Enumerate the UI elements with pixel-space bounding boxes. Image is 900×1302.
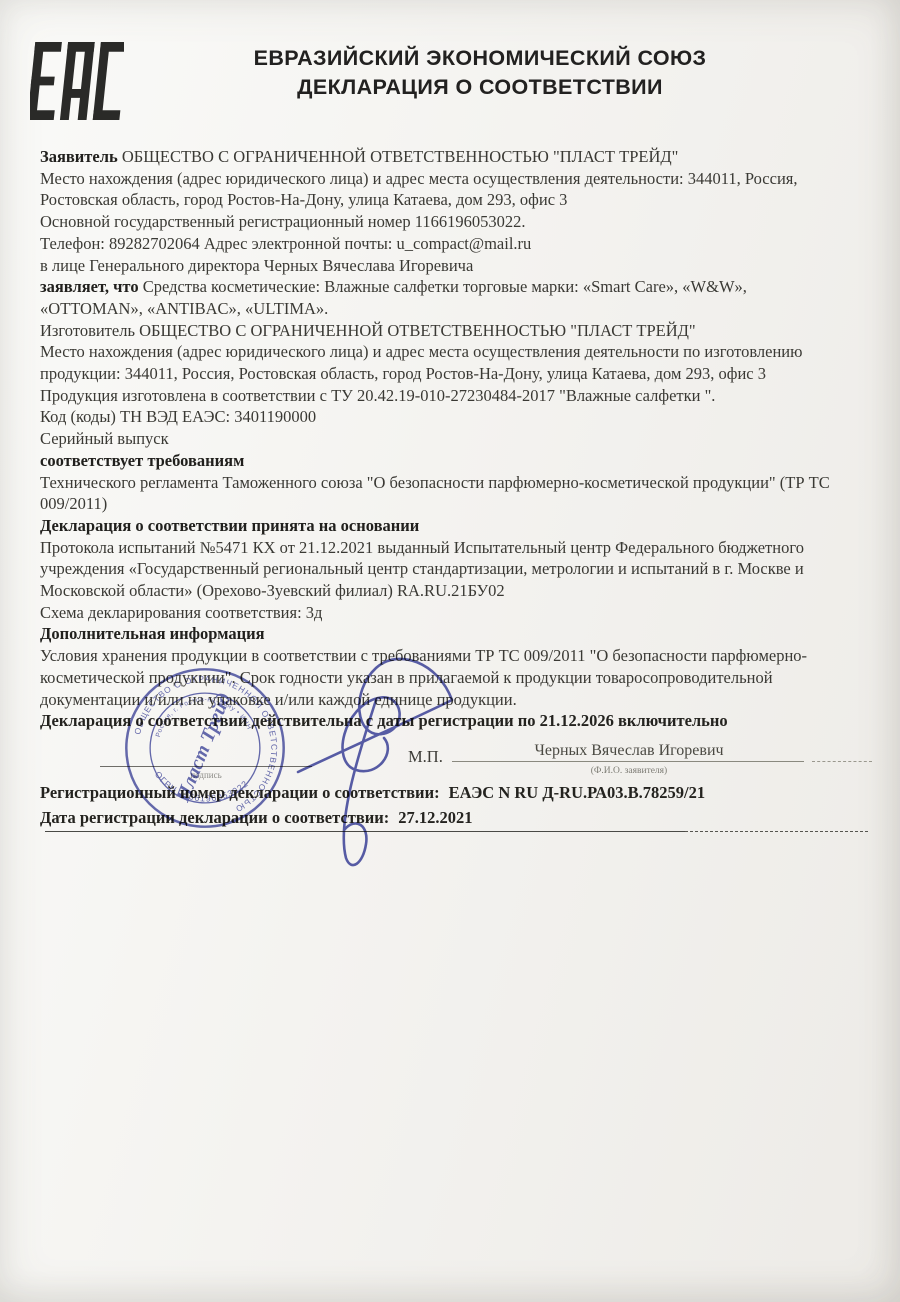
bottom-rule-dashed <box>685 831 868 832</box>
paragraph: в лице Генерального директора Черных Вяч… <box>40 255 872 277</box>
paragraph-text: Основной государственный регистрационный… <box>40 212 525 231</box>
paragraph: Место нахождения (адрес юридического лиц… <box>40 168 872 211</box>
paragraph-text: Место нахождения (адрес юридического лиц… <box>40 342 802 383</box>
paragraph: Основной государственный регистрационный… <box>40 211 872 233</box>
paragraph-tnved-code: Код (коды) ТН ВЭД ЕАЭС: 3401190000 <box>40 406 872 428</box>
paragraph-heading: соответствует требованиям <box>40 450 872 472</box>
paragraph: Технического регламента Таможенного союз… <box>40 472 872 515</box>
section-heading: Дополнительная информация <box>40 624 265 643</box>
paragraph-text: ОБЩЕСТВО С ОГРАНИЧЕННОЙ ОТВЕТСТВЕННОСТЬЮ… <box>118 147 679 166</box>
paragraph-manufacturer: Изготовитель ОБЩЕСТВО С ОГРАНИЧЕННОЙ ОТВ… <box>40 320 872 342</box>
paragraph-heading: Дополнительная информация <box>40 623 872 645</box>
paragraph-lead: заявляет, что <box>40 277 139 296</box>
paragraph-text: Схема декларирования соответствия: 3д <box>40 603 322 622</box>
paragraph: Продукция изготовлена в соответствии с Т… <box>40 385 872 407</box>
signer-name-line <box>452 761 804 762</box>
paragraph-declares: заявляет, что Средства косметические: Вл… <box>40 276 872 319</box>
signer-name-line-dash <box>812 761 872 762</box>
paragraph-lead: Заявитель <box>40 147 118 166</box>
paragraph-text: Продукция изготовлена в соответствии с Т… <box>40 386 715 405</box>
paragraph: Протокола испытаний №5471 КХ от 21.12.20… <box>40 537 872 602</box>
paragraph-text: Телефон: 89282702064 Адрес электронной п… <box>40 234 531 253</box>
paragraph: Телефон: 89282702064 Адрес электронной п… <box>40 233 872 255</box>
paragraph-text: Протокола испытаний №5471 КХ от 21.12.20… <box>40 538 804 600</box>
paragraph-text: Код (коды) ТН ВЭД ЕАЭС: 3401190000 <box>40 407 316 426</box>
paragraph-heading: Декларация о соответствии принята на осн… <box>40 515 872 537</box>
stamp-place-label: М.П. <box>408 747 443 767</box>
paragraph-text: Технического регламента Таможенного союз… <box>40 473 830 514</box>
section-heading: Декларация о соответствии принята на осн… <box>40 516 419 535</box>
bottom-rule-solid <box>45 831 685 832</box>
document-page: EAC ЕВРАЗИЙСКИЙ ЭКОНОМИЧЕСКИЙ СОЮЗ ДЕКЛА… <box>0 0 900 1302</box>
declaration-body: Заявитель ОБЩЕСТВО С ОГРАНИЧЕННОЙ ОТВЕТС… <box>40 146 872 710</box>
paragraph-text: Место нахождения (адрес юридического лиц… <box>40 169 798 210</box>
paragraph-applicant: Заявитель ОБЩЕСТВО С ОГРАНИЧЕННОЙ ОТВЕТС… <box>40 146 872 168</box>
paragraph: Место нахождения (адрес юридического лиц… <box>40 341 872 384</box>
paragraph: Серийный выпуск <box>40 428 872 450</box>
signer-caption: (Ф.И.О. заявителя) <box>455 766 803 776</box>
section-heading: соответствует требованиям <box>40 451 244 470</box>
paragraph-text: Изготовитель ОБЩЕСТВО С ОГРАНИЧЕННОЙ ОТВ… <box>40 321 696 340</box>
registration-number-value: ЕАЭС N RU Д-RU.РА03.В.78259/21 <box>449 783 706 802</box>
paragraph-text: Средства косметические: Влажные салфетки… <box>40 277 747 318</box>
paragraph: Схема декларирования соответствия: 3д <box>40 602 872 624</box>
company-stamp: ОБЩЕСТВО С ОГРАНИЧЕННОЙ ОТВЕТСТВЕННОСТЬЮ… <box>108 651 301 844</box>
paragraph-text: Серийный выпуск <box>40 429 169 448</box>
title-line-union: ЕВРАЗИЙСКИЙ ЭКОНОМИЧЕСКИЙ СОЮЗ <box>60 44 900 72</box>
title-line-declaration: ДЕКЛАРАЦИЯ О СООТВЕТСТВИИ <box>60 72 900 102</box>
paragraph-text: в лице Генерального директора Черных Вяч… <box>40 256 473 275</box>
signer-name: Черных Вячеслав Игоревич <box>455 742 803 760</box>
document-title: ЕВРАЗИЙСКИЙ ЭКОНОМИЧЕСКИЙ СОЮЗ ДЕКЛАРАЦИ… <box>60 44 900 102</box>
registration-date-value: 27.12.2021 <box>398 808 472 827</box>
